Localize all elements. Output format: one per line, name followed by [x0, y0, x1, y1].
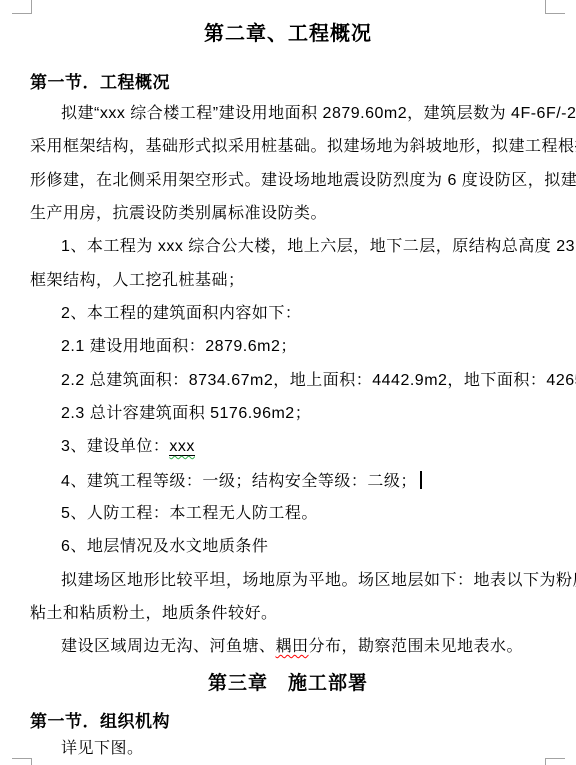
- intro-line-1[interactable]: 拟建“xxx 综合楼工程”建设用地面积 2879.60m2，建筑层数为 4F-6…: [30, 104, 576, 124]
- item5-line[interactable]: 5、人防工程：本工程无人防工程。: [30, 504, 576, 524]
- intro-line-3[interactable]: 形修建，在北侧采用架空形式。建设场地地震设防烈度为 6 度设防区，拟建物为: [30, 171, 546, 191]
- item3-line[interactable]: 3、建设单位：xxx: [30, 437, 576, 457]
- margin-crop-mark-top-right: [545, 0, 565, 14]
- item4-text: 4、建筑工程等级：一级；结构安全等级：二级；: [61, 473, 417, 490]
- item1-line-2[interactable]: 框架结构，人工挖孔桩基础；: [30, 271, 546, 291]
- margin-crop-mark-bottom-left: [12, 758, 32, 765]
- document-page: 第二章、工程概况 第一节．工程概况 拟建“xxx 综合楼工程”建设用地面积 28…: [0, 0, 576, 765]
- item2-2-line[interactable]: 2.2 总建筑面积：8734.67m2，地上面积：4442.9m2，地下面积：4…: [30, 371, 576, 391]
- text-cursor: [420, 471, 422, 489]
- water-text-before: 建设区域周边无沟、河鱼塘、: [61, 638, 276, 655]
- item2-line[interactable]: 2、本工程的建筑面积内容如下：: [30, 304, 576, 324]
- margin-crop-mark-bottom-right: [545, 758, 565, 765]
- water-text-after: 分布，勘察范围未见地表水。: [309, 638, 524, 655]
- section1-heading[interactable]: 第一节．工程概况: [30, 68, 170, 93]
- water-line[interactable]: 建设区域周边无沟、河鱼塘、耦田分布，勘察范围未见地表水。: [30, 637, 576, 657]
- see-below-line[interactable]: 详见下图。: [30, 739, 576, 759]
- section2-heading[interactable]: 第一节．组织机构: [30, 707, 170, 732]
- item3-value-underlined[interactable]: xxx: [169, 438, 195, 456]
- intro-line-2[interactable]: 采用框架结构，基础形式拟采用桩基础。拟建场地为斜坡地形，拟建工程根据地: [30, 137, 546, 157]
- item2-3-line[interactable]: 2.3 总计容建筑面积 5176.96m2；: [30, 404, 576, 424]
- item3-label: 3、建设单位：: [61, 438, 169, 455]
- chapter3-title[interactable]: 第三章 施工部署: [30, 668, 546, 695]
- margin-crop-mark-top-left: [12, 0, 32, 14]
- item4-line[interactable]: 4、建筑工程等级：一级；结构安全等级：二级；: [30, 471, 576, 492]
- water-spellcheck-flagged[interactable]: 耦田: [276, 638, 309, 655]
- chapter2-title[interactable]: 第二章、工程概况: [30, 17, 546, 46]
- geology-line-1[interactable]: 拟建场区地形比较平坦，场地原为平地。场区地层如下：地表以下为粉质: [30, 571, 576, 591]
- item1-line-1[interactable]: 1、本工程为 xxx 综合公大楼，地上六层，地下二层，原结构总高度 23.55m…: [30, 237, 576, 257]
- intro-line-4[interactable]: 生产用房，抗震设防类别属标准设防类。: [30, 204, 546, 224]
- geology-line-2[interactable]: 粘土和粘质粉土，地质条件较好。: [30, 604, 546, 624]
- item2-1-line[interactable]: 2.1 建设用地面积：2879.6m2；: [30, 337, 576, 357]
- item6-line[interactable]: 6、地层情况及水文地质条件: [30, 537, 576, 557]
